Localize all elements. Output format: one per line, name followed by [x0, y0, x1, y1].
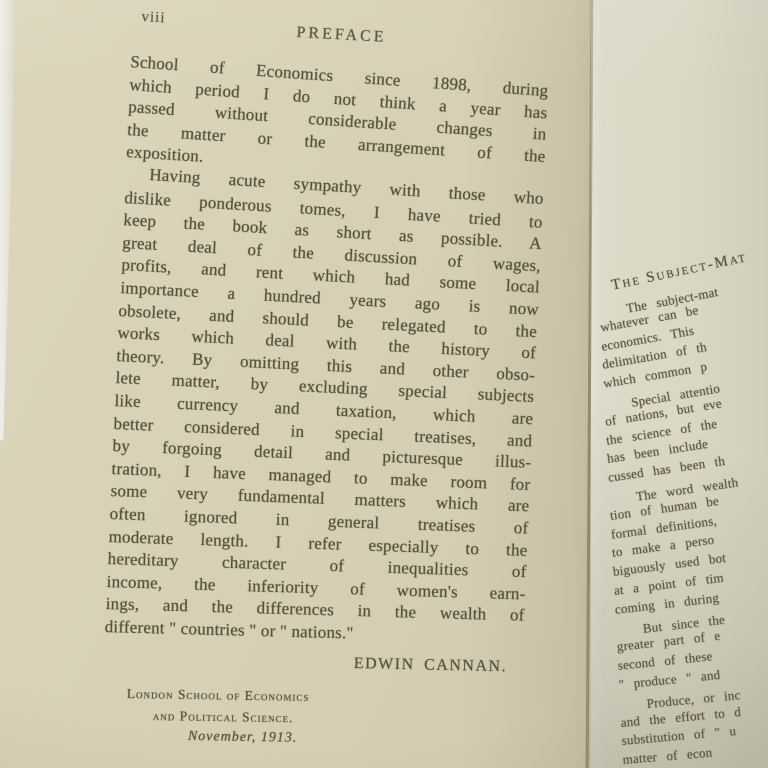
facing-page-body: The subject-matwhatever can beeconomics.… [0, 0, 768, 768]
book-photo: viii PREFACE School of Economics since 1… [0, 0, 768, 768]
